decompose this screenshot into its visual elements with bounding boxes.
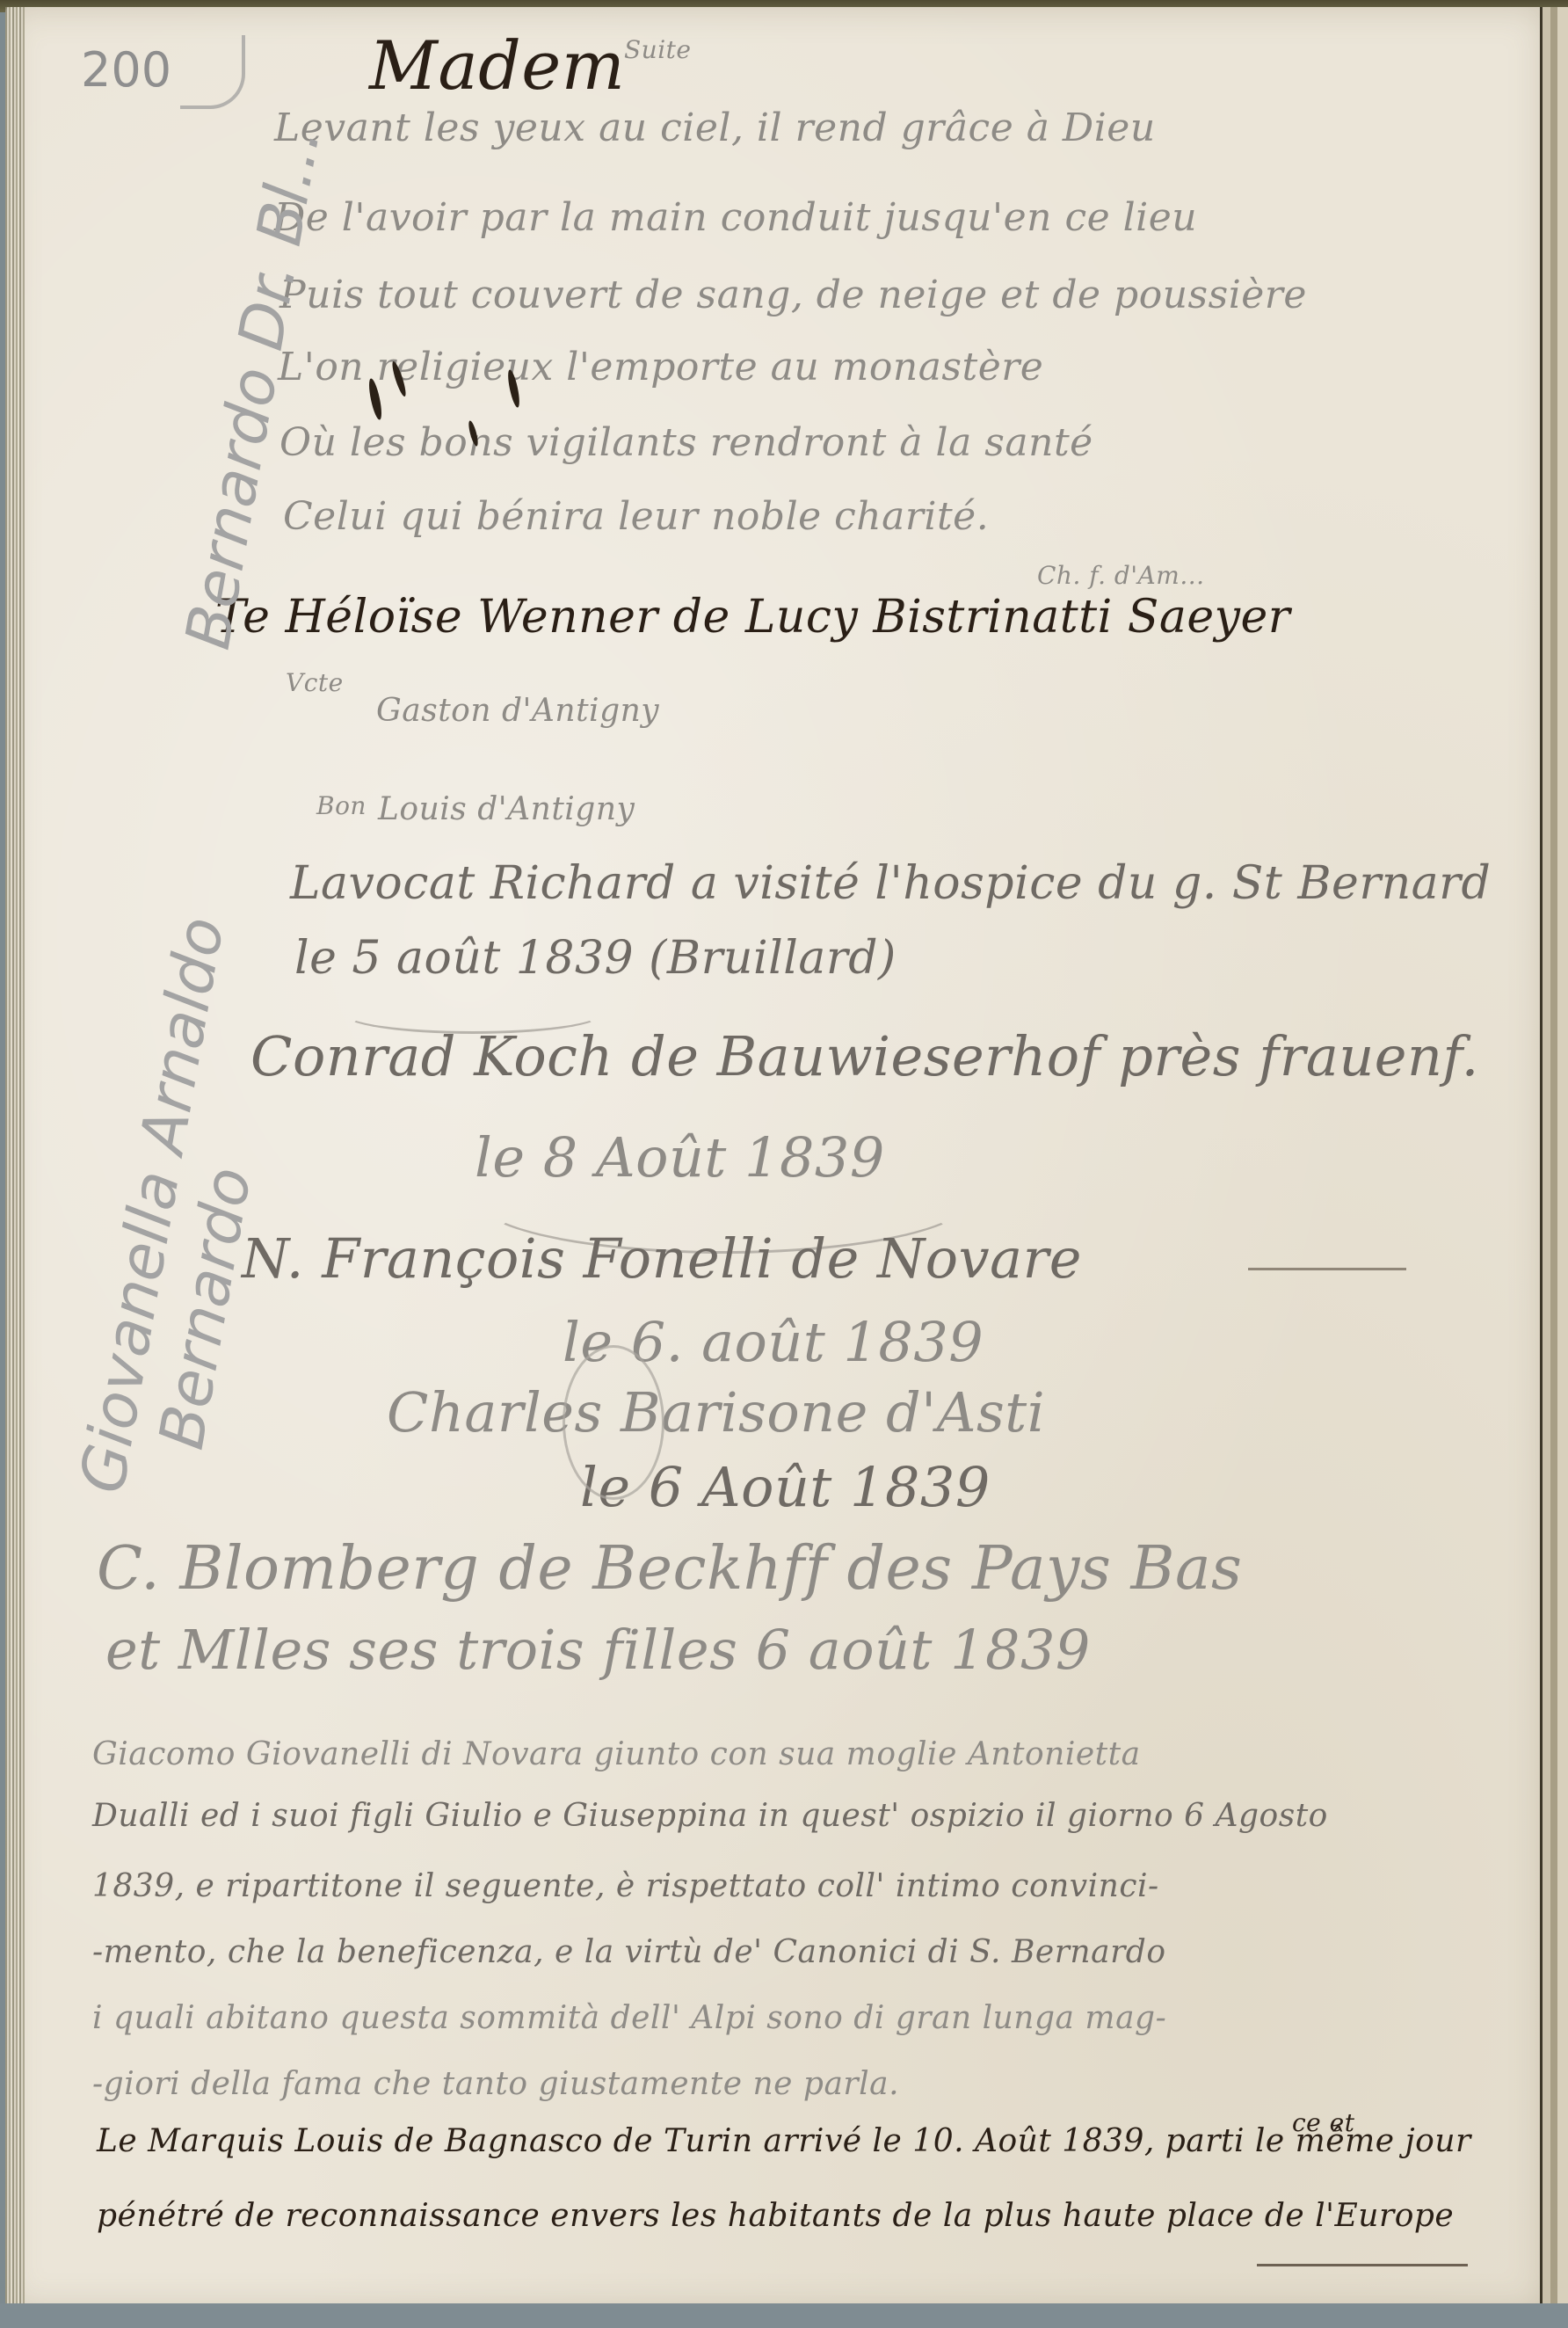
entry-line: pénétré de reconnaissance envers les hab… — [97, 2198, 1454, 2234]
entry-line: N. François Fonelli de Novare — [242, 1226, 1082, 1291]
entry-line: et Mlles ses trois filles 6 août 1839 — [105, 1618, 1091, 1682]
entry-text: Te Héloïse Wenner de Lucy Bistrinatti Sa… — [215, 591, 1290, 644]
entry-line: i quali abitano questa sommità dell' Alp… — [92, 2000, 1166, 2036]
poem-line: De l'avoir par la main conduit jusqu'en … — [274, 195, 1197, 240]
flourish — [343, 993, 603, 1034]
page-number-bracket — [180, 35, 245, 109]
entry-text: Louis d'Antigny — [378, 791, 635, 827]
poem-line: Celui qui bénira leur noble charité. — [283, 494, 989, 539]
entry-line: -mento, che la beneficenza, e la virtù d… — [92, 1934, 1166, 1970]
entry-prefix: Bon — [316, 791, 367, 820]
entry-superscript: Ch. f. d'Am... — [1037, 561, 1205, 590]
entry-line: Conrad Koch de Bauwieserhof près frauenf… — [250, 1024, 1479, 1088]
poem-line: Puis tout couvert de sang, de neige et d… — [279, 273, 1307, 317]
entry-line: le 5 août 1839 (Bruillard) — [294, 932, 897, 985]
entry-line: 1839, e ripartitone il seguente, è rispe… — [92, 1868, 1159, 1904]
flourish — [563, 1345, 664, 1500]
scanned-page: 200 Madem Suite Levant les yeux au ciel,… — [0, 0, 1568, 2328]
poem-line: Levant les yeux au ciel, il rend grâce à… — [274, 105, 1156, 150]
entry-line: C. Blomberg de Beckhff des Pays Bas — [97, 1534, 1242, 1604]
entry-line: Lavocat Richard a visité l'hospice du g.… — [290, 857, 1491, 910]
background-strip-bottom — [0, 2303, 1568, 2328]
entry-line: Giacomo Giovanelli di Novara giunto con … — [92, 1736, 1141, 1772]
entry-line: -giori della fama che tanto giustamente … — [92, 2066, 899, 2102]
entry-line: Charles Barisone d'Asti — [387, 1380, 1045, 1444]
entry-line: Le Marquis Louis de Bagnasco de Turin ar… — [97, 2123, 1471, 2159]
poem-line: Où les bons vigilants rendront à la sant… — [279, 420, 1093, 465]
entry-prefix: Vcte — [286, 668, 344, 697]
heading: Madem — [369, 26, 625, 105]
page-stack-edge-left — [5, 7, 25, 2310]
page-number: 200 — [81, 42, 171, 98]
closing-rule — [1257, 2264, 1468, 2266]
entry-line: Dualli ed i suoi figli Giulio e Giuseppi… — [92, 1798, 1328, 1834]
underline-rule — [1248, 1268, 1406, 1270]
heading-superscript: Suite — [624, 35, 692, 64]
book-spine-edge-right — [1540, 7, 1568, 2310]
entry-text: Gaston d'Antigny — [376, 693, 659, 729]
